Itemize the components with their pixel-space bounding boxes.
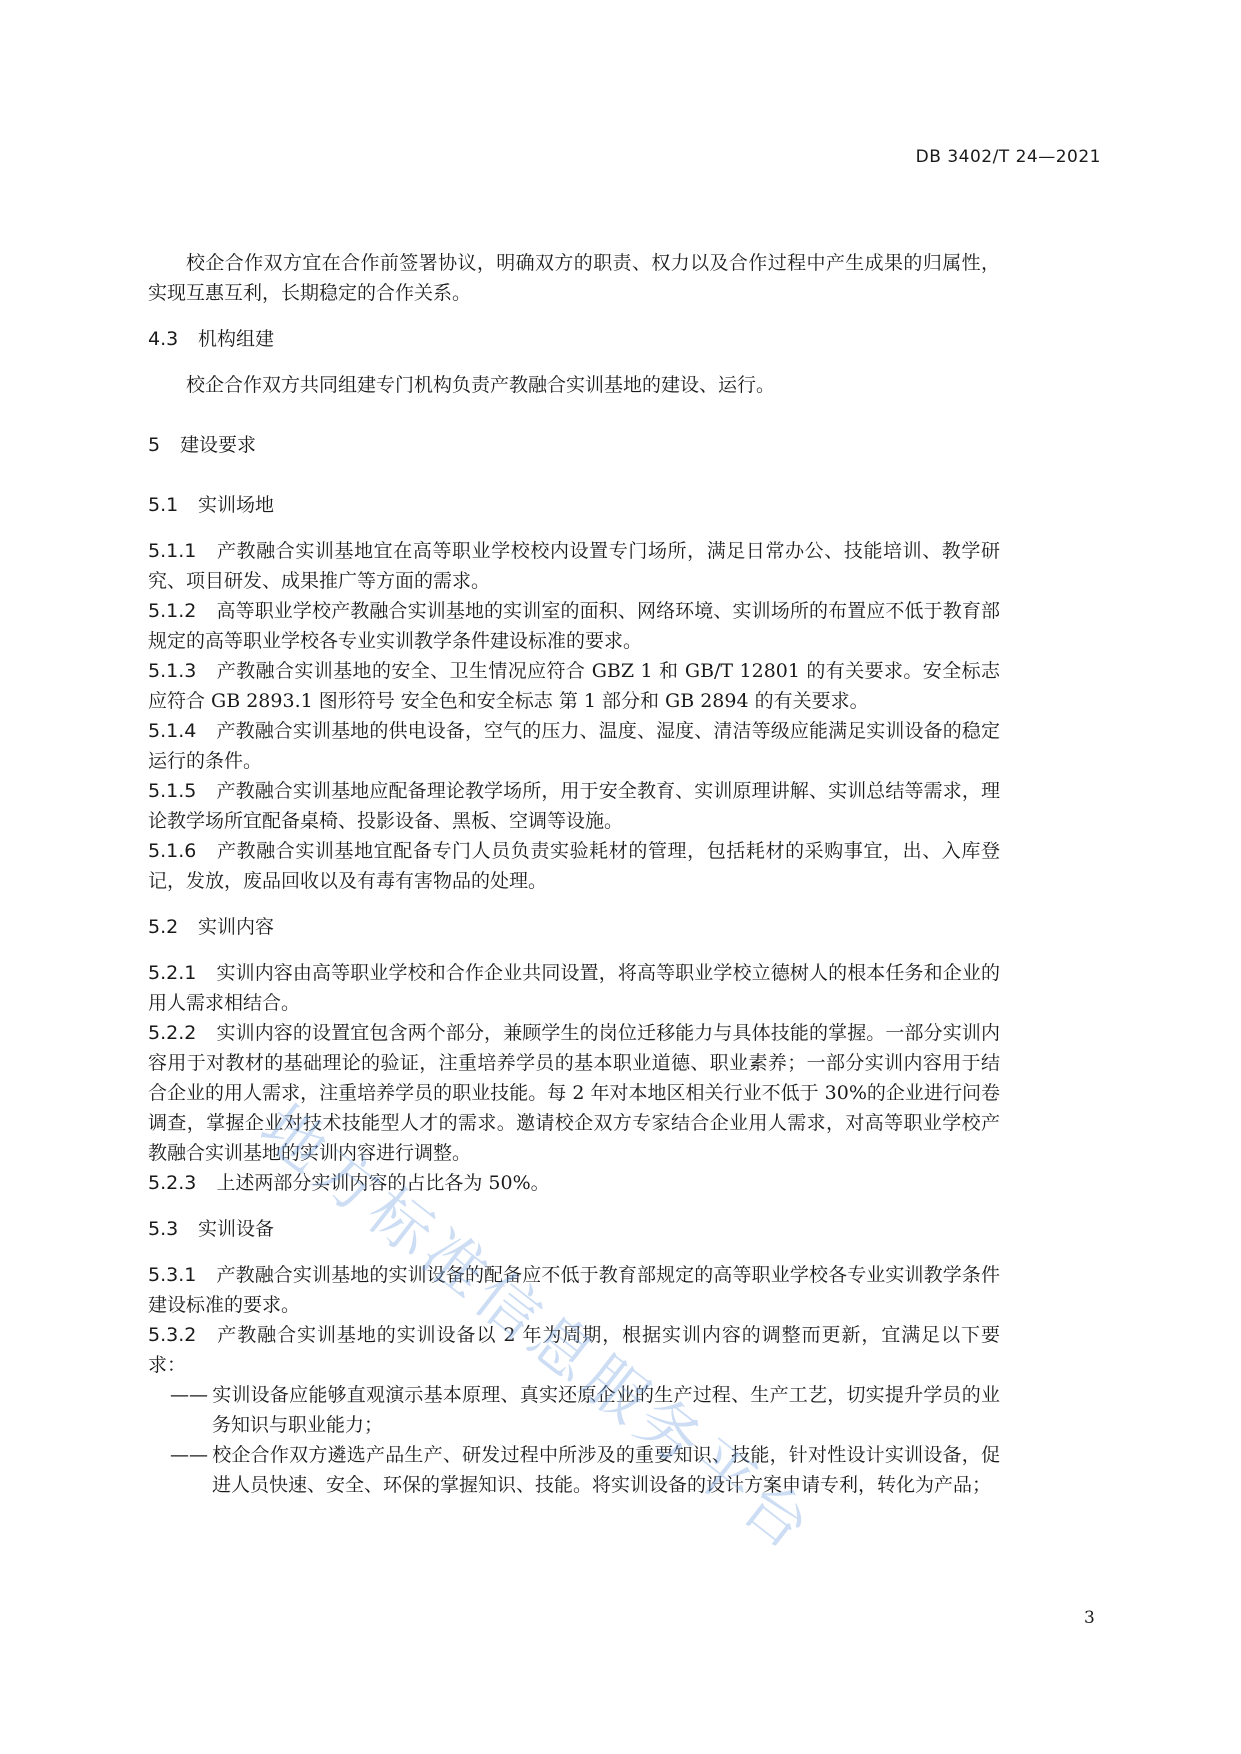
clause-5-2-1: 5.2.1实训内容由高等职业学校和合作企业共同设置，将高等职业学校立德树人的根本… (148, 958, 1000, 1018)
paragraph-4-3: 校企合作双方共同组建专门机构负责产教融合实训基地的建设、运行。 (148, 370, 1000, 400)
intro-paragraph: 校企合作双方宜在合作前签署协议，明确双方的职责、权力以及合作过程中产生成果的归属… (148, 248, 1000, 308)
document-page: DB 3402/T 24—2021 校企合作双方宜在合作前签署协议，明确双方的职… (0, 0, 1241, 1754)
heading-5-1: 5.1实训场地 (148, 490, 1000, 520)
page-content: 校企合作双方宜在合作前签署协议，明确双方的职责、权力以及合作过程中产生成果的归属… (148, 248, 1000, 1500)
clause-5-1-3: 5.1.3产教融合实训基地的安全、卫生情况应符合 GBZ 1 和 GB/T 12… (148, 656, 1000, 716)
page-number: 3 (1084, 1608, 1095, 1628)
clause-5-1-6: 5.1.6产教融合实训基地宜配备专门人员负责实验耗材的管理，包括耗材的采购事宜，… (148, 836, 1000, 896)
clause-5-2-3: 5.2.3上述两部分实训内容的占比各为 50%。 (148, 1168, 1000, 1198)
clause-5-2-2: 5.2.2实训内容的设置宜包含两个部分，兼顾学生的岗位迁移能力与具体技能的掌握。… (148, 1018, 1000, 1168)
clause-5-3-1: 5.3.1产教融合实训基地的实训设备的配备应不低于教育部规定的高等职业学校各专业… (148, 1260, 1000, 1320)
list-item: ——校企合作双方遴选产品生产、研发过程中所涉及的重要知识、技能，针对性设计实训设… (170, 1440, 1000, 1500)
standard-code: DB 3402/T 24—2021 (916, 147, 1101, 167)
heading-5: 5建设要求 (148, 430, 1000, 460)
heading-4-3: 4.3机构组建 (148, 324, 1000, 354)
dash-marker: —— (170, 1440, 212, 1470)
clause-5-1-2: 5.1.2高等职业学校产教融合实训基地的实训室的面积、网络环境、实训场所的布置应… (148, 596, 1000, 656)
dash-marker: —— (170, 1380, 212, 1410)
clause-5-1-4: 5.1.4产教融合实训基地的供电设备，空气的压力、温度、湿度、清洁等级应能满足实… (148, 716, 1000, 776)
clause-5-3-2: 5.3.2产教融合实训基地的实训设备以 2 年为周期，根据实训内容的调整而更新，… (148, 1320, 1000, 1380)
clause-5-1-5: 5.1.5产教融合实训基地应配备理论教学场所，用于安全教育、实训原理讲解、实训总… (148, 776, 1000, 836)
list-item: ——实训设备应能够直观演示基本原理、真实还原企业的生产过程、生产工艺，切实提升学… (170, 1380, 1000, 1440)
heading-5-2: 5.2实训内容 (148, 912, 1000, 942)
heading-5-3: 5.3实训设备 (148, 1214, 1000, 1244)
clause-5-1-1: 5.1.1产教融合实训基地宜在高等职业学校校内设置专门场所，满足日常办公、技能培… (148, 536, 1000, 596)
